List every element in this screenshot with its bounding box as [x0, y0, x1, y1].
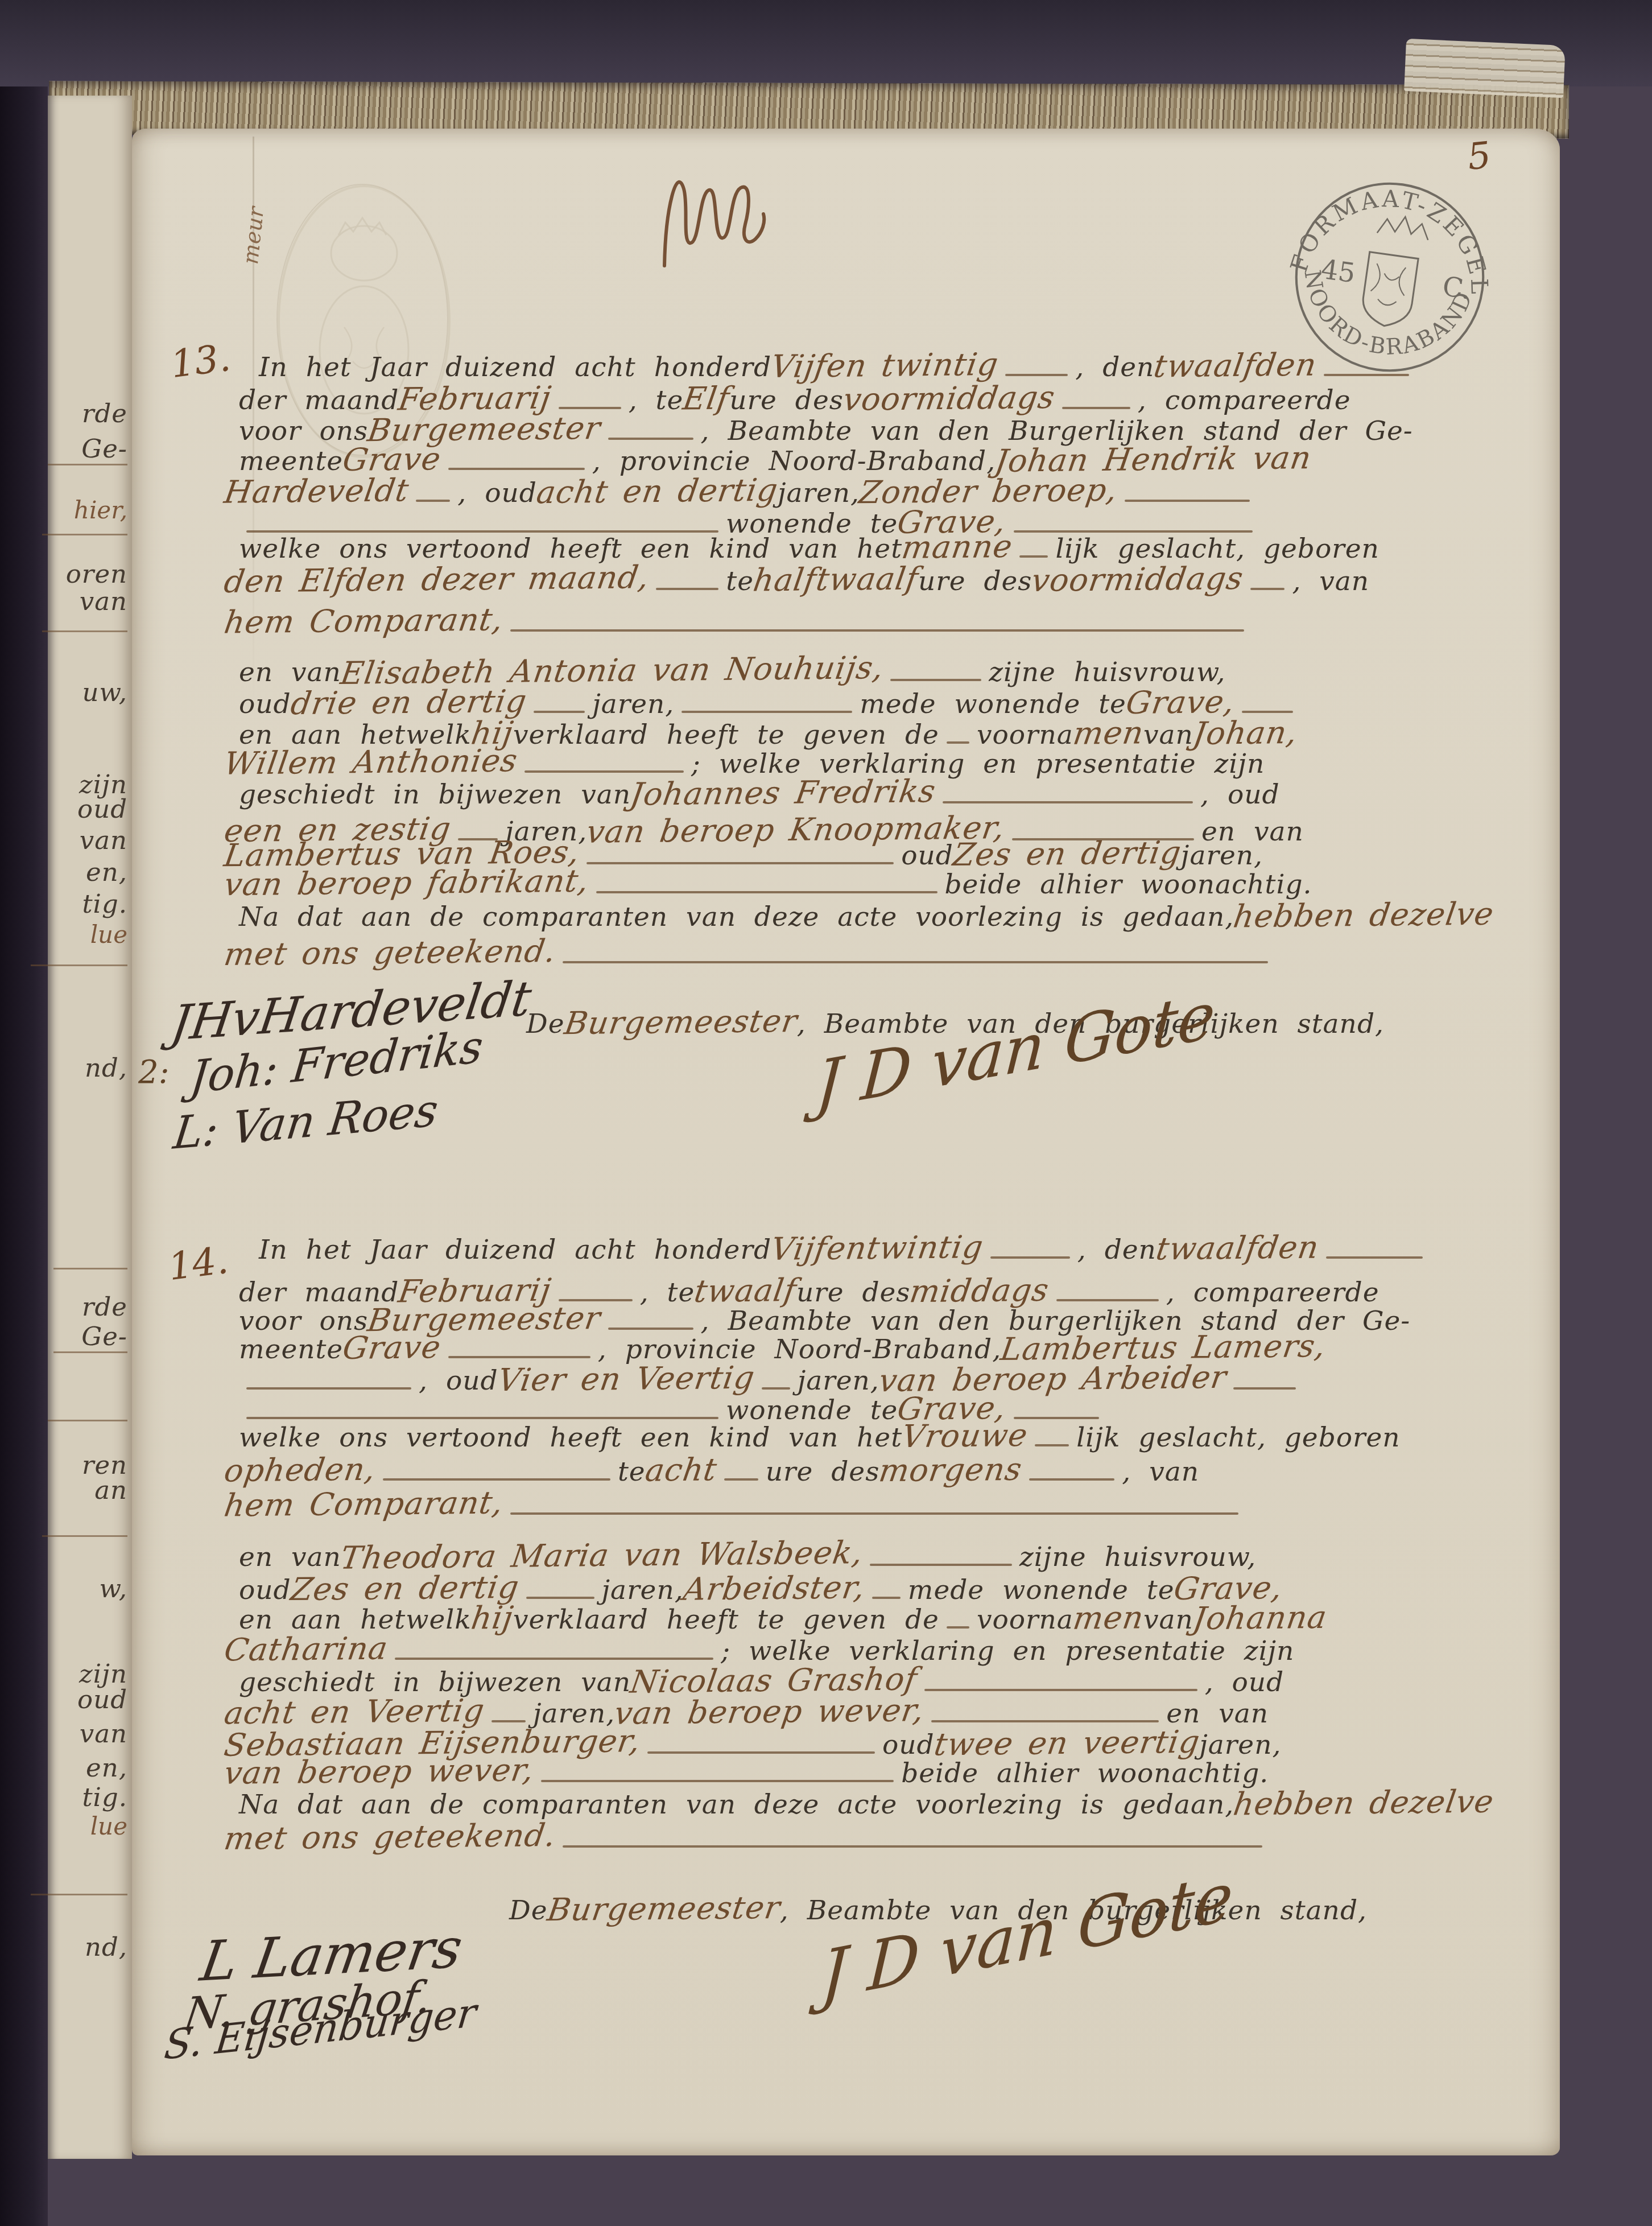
- printed-text: De: [509, 1895, 548, 1926]
- page-number: 5: [1465, 134, 1493, 179]
- handwritten-entry: hij: [469, 1602, 516, 1635]
- margin-ink-rule: [31, 964, 127, 966]
- form-line: Na dat aan de comparanten van deze acte …: [239, 899, 1494, 931]
- form-line: der maandFebruarij, teElfure desvoormidd…: [239, 382, 1350, 415]
- handwritten-entry: Johan,: [1191, 716, 1299, 750]
- printed-text: , compareerde: [1138, 385, 1351, 416]
- form-line: van beroep fabrikant,beide alhier woonac…: [225, 867, 1312, 899]
- margin-mark: 2:: [138, 1054, 170, 1091]
- handwritten-entry: Willem Anthonies: [222, 744, 519, 780]
- margin-ink-rule: [42, 534, 127, 535]
- ink-rule: [682, 711, 852, 713]
- ink-rule: [448, 468, 585, 470]
- printed-text: , oud: [419, 1365, 498, 1396]
- handwritten-entry: Vier en Veertig: [495, 1362, 757, 1397]
- form-line: Catharina; welke verklaring en presentat…: [225, 1633, 1294, 1666]
- printed-text: In het Jaar duizend acht honderd: [259, 352, 771, 383]
- ink-rule: [724, 1478, 758, 1481]
- form-line: Willem Anthonies; welke verklaring en pr…: [225, 746, 1265, 778]
- margin-text-fragment: nd,: [49, 1053, 127, 1083]
- stamp-currency: C.: [1440, 271, 1473, 306]
- printed-text: lijk geslacht, geboren: [1076, 1422, 1400, 1453]
- printed-text: , te: [629, 385, 684, 416]
- ink-rule: [1062, 407, 1130, 409]
- printed-text: verklaard heeft te geven de: [513, 1604, 939, 1635]
- handwritten-entry: met ons geteekend.: [222, 935, 558, 971]
- margin-ink-rule: [31, 1894, 127, 1895]
- ink-rule: [1005, 374, 1068, 376]
- form-line: en vanElisabeth Antonia van Nouhuijs,zij…: [239, 654, 1226, 687]
- ink-rule: [416, 500, 450, 502]
- ink-rule: [596, 891, 937, 893]
- ink-rule: [1056, 1299, 1159, 1301]
- handwritten-entry: opheden,: [222, 1453, 378, 1487]
- margin-text-fragment: nd,: [49, 1932, 127, 1962]
- ink-rule: [587, 862, 894, 864]
- margin-text-fragment: van: [49, 825, 127, 855]
- printed-text: In het Jaar duizend acht honderd: [259, 1234, 771, 1265]
- ink-rule: [563, 961, 1268, 963]
- margin-text-fragment: Ge-: [49, 434, 127, 464]
- printed-text: der maand: [239, 385, 399, 416]
- handwritten-entry: Grave: [341, 1331, 443, 1365]
- form-line: In het Jaar duizend acht honderdVijfen t…: [259, 349, 1416, 382]
- printed-text: Na dat aan de comparanten van deze acte …: [239, 901, 1234, 933]
- ink-rule: [1029, 1478, 1114, 1481]
- margin-text-fragment: Ge-: [49, 1321, 127, 1351]
- margin-text-fragment: en,: [49, 1753, 127, 1783]
- margin-text-fragment: oren: [49, 559, 127, 589]
- margin-text-fragment: van: [49, 586, 127, 616]
- printed-text: te: [726, 566, 754, 597]
- margin-text-fragment: oud: [49, 1684, 127, 1714]
- ink-rule: [947, 741, 969, 744]
- printed-text: , van: [1122, 1456, 1199, 1487]
- printed-text: voorna: [977, 1604, 1073, 1635]
- ink-rule: [524, 770, 684, 773]
- ink-rule: [656, 588, 718, 590]
- margin-text-fragment: w,: [49, 1573, 127, 1603]
- ink-rule: [395, 1658, 713, 1660]
- ink-rule: [1326, 1256, 1423, 1259]
- ink-rule: [931, 1720, 1159, 1722]
- background-top: [0, 0, 1652, 86]
- handwritten-entry: hebben dezelve: [1232, 1786, 1497, 1821]
- ink-rule: [1233, 1387, 1296, 1390]
- handwritten-entry: van beroep fabrikant,: [222, 865, 591, 901]
- printed-text: , oud: [1200, 779, 1280, 810]
- ink-rule: [872, 1597, 901, 1599]
- handwritten-entry: acht en dertig: [534, 474, 780, 509]
- handwritten-entry: voormiddags: [1030, 562, 1246, 597]
- ink-rule: [1019, 555, 1048, 558]
- ink-rule: [890, 679, 981, 681]
- form-line: , oudVier en Veertigjaren,van beroep Arb…: [239, 1363, 1303, 1395]
- margin-ink-rule: [48, 1420, 127, 1421]
- form-line: welke ons vertoond heeft een kind van he…: [239, 1420, 1401, 1452]
- ink-rule: [762, 1387, 790, 1390]
- scanned-register-page: FORMAAT-ZEGEL NOORD-BRABAND 45 C. 5 meur…: [0, 0, 1652, 2226]
- form-line: met ons geteekend.: [225, 937, 1275, 969]
- handwritten-entry: Burgemeester: [545, 1891, 782, 1926]
- printed-text: , oud: [457, 477, 537, 509]
- ink-rule: [559, 407, 621, 409]
- handwritten-entry: manne: [900, 530, 1015, 564]
- form-line: den Elfden dezer maand,tehalftwaalfure d…: [225, 563, 1369, 596]
- ink-rule: [563, 1845, 1262, 1848]
- handwritten-entry: hebben dezelve: [1232, 898, 1497, 933]
- printed-text: te: [618, 1456, 646, 1487]
- ink-paraph: [654, 155, 791, 291]
- printed-text: De: [526, 1008, 565, 1040]
- form-line: geschiedt in bijwezen vanJohannes Fredri…: [239, 777, 1280, 809]
- printed-text: oud: [239, 1574, 291, 1606]
- form-line: opheden,teachture desmorgens, van: [225, 1454, 1199, 1486]
- handwritten-entry: Catharina: [222, 1633, 390, 1667]
- ink-rule: [608, 1328, 693, 1330]
- handwritten-entry: Johannes Fredriks: [628, 775, 937, 811]
- margin-text-fragment: uw,: [49, 677, 127, 707]
- record-number-14: 14.: [166, 1238, 231, 1289]
- handwritten-entry: Grave: [341, 443, 443, 476]
- printed-text: zijne huisvrouw,: [989, 657, 1225, 688]
- printed-text: , den: [1077, 1234, 1157, 1265]
- ink-rule: [510, 1512, 1238, 1515]
- book-binding-edge: [0, 0, 48, 2226]
- ink-rule: [510, 629, 1244, 632]
- printed-text: , oud: [1205, 1667, 1285, 1698]
- ink-rule: [492, 1720, 526, 1722]
- margin-text-fragment: hier,: [49, 496, 127, 524]
- ink-rule: [608, 438, 693, 440]
- form-line: van beroep wever,beide alhier woonachtig…: [225, 1755, 1269, 1788]
- printed-text: en van: [239, 657, 341, 688]
- handwritten-entry: Johanna: [1191, 1601, 1329, 1635]
- handwritten-entry: Vijfentwintig: [769, 1231, 985, 1265]
- ink-rule: [541, 1780, 894, 1782]
- handwritten-entry: Arbeidster,: [681, 1571, 867, 1606]
- form-line: welke ons vertoond heeft een kind van he…: [239, 531, 1380, 563]
- handwritten-entry: men: [1071, 1601, 1146, 1634]
- handwritten-entry: Hardeveldt: [222, 474, 411, 509]
- ink-rule: [448, 1356, 590, 1358]
- margin-ink-rule: [42, 630, 127, 632]
- printed-text: ure des: [918, 566, 1032, 597]
- handwritten-entry: hem Comparant,: [222, 603, 505, 638]
- handwritten-entry: voormiddags: [841, 381, 1057, 416]
- margin-text-fragment: van: [49, 1718, 127, 1749]
- printed-text: jaren,: [602, 1574, 684, 1606]
- handwritten-entry: van beroep wever,: [612, 1694, 926, 1730]
- printed-text: meente: [239, 446, 343, 477]
- handwritten-entry: met ons geteekend.: [222, 1819, 558, 1855]
- printed-text: jaren,: [798, 1365, 879, 1396]
- margin-text-fragment: lue: [49, 1812, 127, 1840]
- handwritten-entry: twaalfden: [1154, 1231, 1321, 1265]
- margin-text-fragment: tig.: [49, 1782, 127, 1812]
- ink-rule: [1035, 1444, 1069, 1446]
- printed-text: beide alhier woonachtig.: [901, 1758, 1269, 1789]
- handwritten-entry: Theodora Maria van Walsbeek,: [338, 1536, 865, 1574]
- ink-rule: [647, 1751, 875, 1754]
- stamp-value: 45: [1319, 254, 1357, 290]
- form-line: geschiedt in bijwezen vanNicolaas Grasho…: [239, 1664, 1284, 1697]
- ink-rule: [1250, 588, 1285, 590]
- handwritten-entry: Elf: [681, 382, 732, 415]
- ink-rule: [870, 1564, 1012, 1566]
- ink-rule: [246, 1387, 411, 1390]
- margin-text-fragment: an: [49, 1475, 127, 1505]
- printed-text: welke ons vertoond heeft een kind van he…: [239, 1422, 902, 1453]
- ink-rule: [1324, 374, 1409, 376]
- handwritten-entry: acht: [643, 1453, 719, 1486]
- form-line: hem Comparant,: [225, 1488, 1246, 1520]
- form-line: In het Jaar duizend acht honderdVijfentw…: [259, 1232, 1430, 1264]
- handwritten-entry: hem Comparant,: [222, 1486, 505, 1522]
- ink-rule: [383, 1478, 610, 1481]
- printed-text: ure des: [766, 1456, 880, 1487]
- ink-rule: [534, 711, 585, 713]
- printed-text: zijne huisvrouw,: [1019, 1541, 1256, 1573]
- margin-text-fragment: en,: [49, 857, 127, 887]
- margin-ink-rule: [53, 1268, 127, 1269]
- ink-rule: [1125, 500, 1250, 502]
- form-line: Hardeveldt, oudacht en dertigjaren,Zonde…: [225, 475, 1257, 508]
- margin-ink-rule: [48, 464, 127, 465]
- printed-text: jaren,: [592, 689, 674, 720]
- handwritten-entry: den Elfden dezer maand,: [222, 561, 651, 598]
- record-number-13: 13.: [168, 336, 233, 386]
- printed-text: van: [1143, 1604, 1193, 1635]
- handwritten-entry: twaalfden: [1152, 349, 1319, 383]
- printed-text: en van: [239, 1541, 341, 1573]
- margin-text-fragment: lue: [49, 921, 127, 949]
- printed-text: beide alhier woonachtig.: [945, 869, 1312, 900]
- ink-rule: [943, 801, 1193, 803]
- printed-text: geschiedt in bijwezen van: [239, 779, 631, 810]
- handwritten-entry: Vrouwe: [900, 1419, 1030, 1453]
- page-stack-corner: [1404, 39, 1566, 98]
- printed-text: , van: [1292, 566, 1369, 597]
- form-line: hem Comparant,: [225, 605, 1252, 637]
- handwritten-entry: men: [1071, 716, 1146, 749]
- printed-text: , den: [1075, 352, 1154, 383]
- handwritten-entry: morgens: [877, 1453, 1025, 1487]
- margin-text-fragment: rde: [49, 398, 127, 428]
- margin-ink-rule: [42, 1535, 127, 1537]
- printed-text: , provincie Noord-Braband,: [592, 446, 996, 477]
- form-line: Na dat aan de comparanten van deze acte …: [239, 1787, 1494, 1819]
- margin-ink-rule: [53, 1351, 127, 1353]
- form-line: en aan hetwelkhijverklaard heeft te geve…: [239, 1602, 1327, 1634]
- printed-text: Na dat aan de comparanten van deze acte …: [239, 1789, 1234, 1820]
- margin-text-fragment: rde: [49, 1292, 127, 1322]
- form-line: meenteGrave, provincie Noord-Braband,Joh…: [239, 443, 1311, 476]
- form-line: en vanTheodora Maria van Walsbeek,zijne …: [239, 1539, 1256, 1572]
- ink-rule: [990, 1256, 1070, 1259]
- printed-text: meente: [239, 1334, 343, 1365]
- handwritten-entry: Burgemeester: [562, 1005, 799, 1040]
- handwritten-entry: halftwaalf: [751, 562, 921, 596]
- handwritten-entry: Vijfen twintig: [769, 348, 1000, 383]
- form-line: acht en Veertigjaren,van beroep wever,en…: [225, 1696, 1269, 1728]
- ink-rule: [1242, 711, 1293, 713]
- form-line: met ons geteekend.: [225, 1821, 1270, 1853]
- ink-rule: [526, 1597, 594, 1599]
- printed-text: oud: [239, 689, 291, 720]
- printed-text: jaren,: [778, 477, 860, 509]
- ink-rule: [924, 1689, 1197, 1691]
- ink-rule: [947, 1626, 969, 1629]
- margin-text-fragment: oud: [49, 794, 127, 824]
- printed-text: ure des: [729, 385, 844, 416]
- ink-rule: [246, 1417, 718, 1419]
- margin-text-fragment: tig.: [49, 889, 127, 919]
- handwritten-entry: van beroep wever,: [222, 1754, 536, 1790]
